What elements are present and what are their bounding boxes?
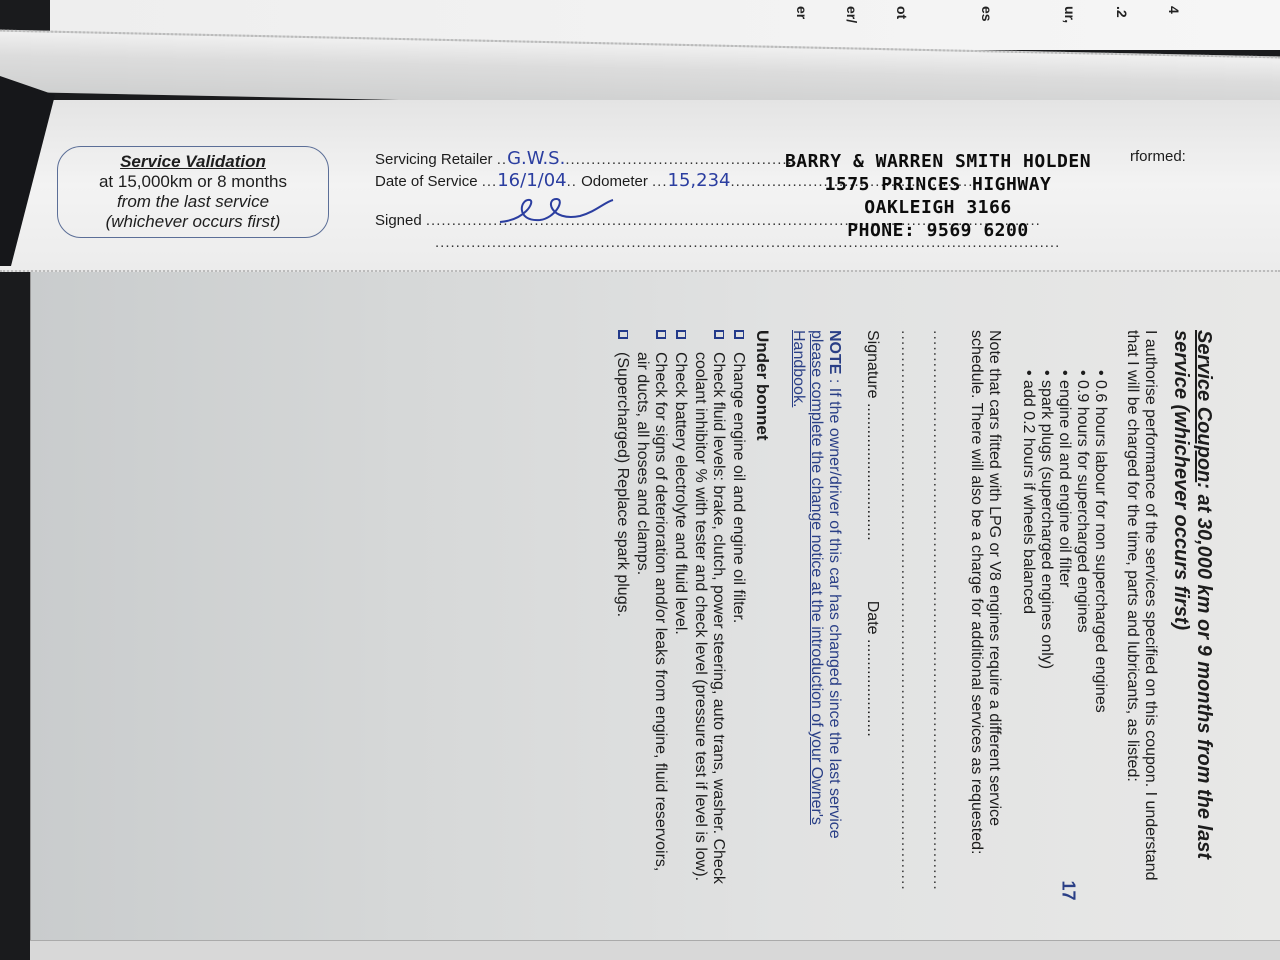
service-validation-box: Service Validation at 15,000km or 8 mont… (57, 146, 329, 238)
checkbox-icon[interactable] (676, 330, 686, 339)
date-field[interactable]: Date ...................... (863, 601, 881, 737)
owner-change-note: NOTE : If the owner/driver of this car h… (789, 330, 843, 890)
page-number: 17 (1058, 880, 1079, 900)
service-coupon-content: Service Coupon: at 30,000 km or 9 months… (611, 330, 1215, 890)
validation-title: Service Validation (58, 152, 328, 172)
bullet-item: spark plugs (supercharged engines only) (1037, 370, 1055, 890)
signature-scribble-icon (495, 192, 645, 232)
signed-label: Signed (375, 212, 422, 229)
additional-services-line[interactable]: ........................................… (929, 330, 947, 890)
odometer-value[interactable]: 15,234 (668, 170, 731, 191)
date-value[interactable]: 16/1/04 (497, 170, 566, 191)
checklist-item: Check fluid levels: brake, clutch, power… (691, 330, 727, 890)
coupon-heading-title: Service Coupon (1193, 330, 1215, 482)
stamp-line: OAKLEIGH 3166 (778, 196, 1098, 219)
checklist-item: Check for signs of deterioration and/or … (633, 330, 669, 890)
checklist-text: Check for signs of deterioration and/or … (634, 352, 669, 871)
checkbox-icon[interactable] (656, 330, 666, 339)
lpg-v8-note: Note that cars fitted with LPG or V8 eng… (967, 330, 1003, 890)
bleed-fragment: er (794, 6, 810, 19)
signature-date-row: Signature ..............................… (863, 330, 881, 890)
checklist-item: Check battery electrolyte and fluid leve… (671, 330, 689, 890)
note-label: NOTE (826, 330, 843, 374)
bleed-fragment: 4 (1166, 6, 1182, 14)
note-text: : If the owner/driver of this car has ch… (826, 374, 843, 838)
dealer-stamp: BARRY & WARREN SMITH HOLDEN 1575 PRINCES… (778, 150, 1098, 242)
retailer-label: Servicing Retailer (375, 151, 493, 168)
bleed-fragment: er/ (844, 6, 860, 23)
checkbox-icon[interactable] (618, 330, 628, 339)
date-label: Date of Service (375, 173, 478, 190)
bleed-fragment: es (979, 6, 995, 22)
authorise-text: I authorise performance of the services … (1123, 330, 1159, 890)
page-stack-edge (30, 940, 1280, 960)
validation-line: at 15,000km or 8 months (58, 172, 328, 192)
bleed-fragment: ot (894, 6, 910, 19)
bullet-item: engine oil and engine oil filter (1055, 370, 1073, 890)
checklist-item: Change engine oil and engine oil filter. (729, 330, 747, 890)
checklist-text: Change engine oil and engine oil filter. (730, 352, 747, 623)
validation-line: (whichever occurs first) (58, 212, 328, 232)
bullet-item: 0.6 hours labour for non supercharged en… (1091, 370, 1109, 890)
signature-field[interactable]: Signature ..............................… (863, 330, 881, 541)
bleed-fragment: .2 (1114, 6, 1130, 18)
checklist-text: (Supercharged) Replace spark plugs. (614, 352, 631, 617)
bleed-fragment: ur, (1062, 6, 1078, 23)
performed-label: rformed: (1130, 148, 1186, 165)
validation-line: from the last service (58, 192, 328, 212)
checkbox-icon[interactable] (714, 330, 724, 339)
odometer-label: Odometer (581, 173, 648, 190)
checklist-text: Check battery electrolyte and fluid leve… (672, 352, 689, 635)
labour-bullets: 0.6 hours labour for non supercharged en… (1019, 370, 1109, 890)
under-bonnet-title: Under bonnet (753, 330, 771, 890)
stamp-line: PHONE: 9569 6200 (778, 219, 1098, 242)
checklist-text: Check fluid levels: brake, clutch, power… (692, 352, 727, 884)
checklist-item: (Supercharged) Replace spark plugs. (613, 330, 631, 890)
bullet-item: add 0.2 hours if wheels balanced (1019, 370, 1037, 890)
coupon-heading: Service Coupon: at 30,000 km or 9 months… (1169, 330, 1215, 890)
under-bonnet-checklist: Change engine oil and engine oil filter.… (613, 330, 747, 890)
bullet-item: 0.9 hours for supercharged engines (1073, 370, 1091, 890)
stamp-line: BARRY & WARREN SMITH HOLDEN (778, 150, 1098, 173)
additional-services-line[interactable]: ........................................… (897, 330, 915, 890)
retailer-value[interactable]: G.W.S. (507, 148, 565, 169)
checkbox-icon[interactable] (734, 330, 744, 339)
note-link-text: please complete the change notice at the… (790, 330, 825, 825)
stamp-line: 1575 PRINCES HIGHWAY (778, 173, 1098, 196)
